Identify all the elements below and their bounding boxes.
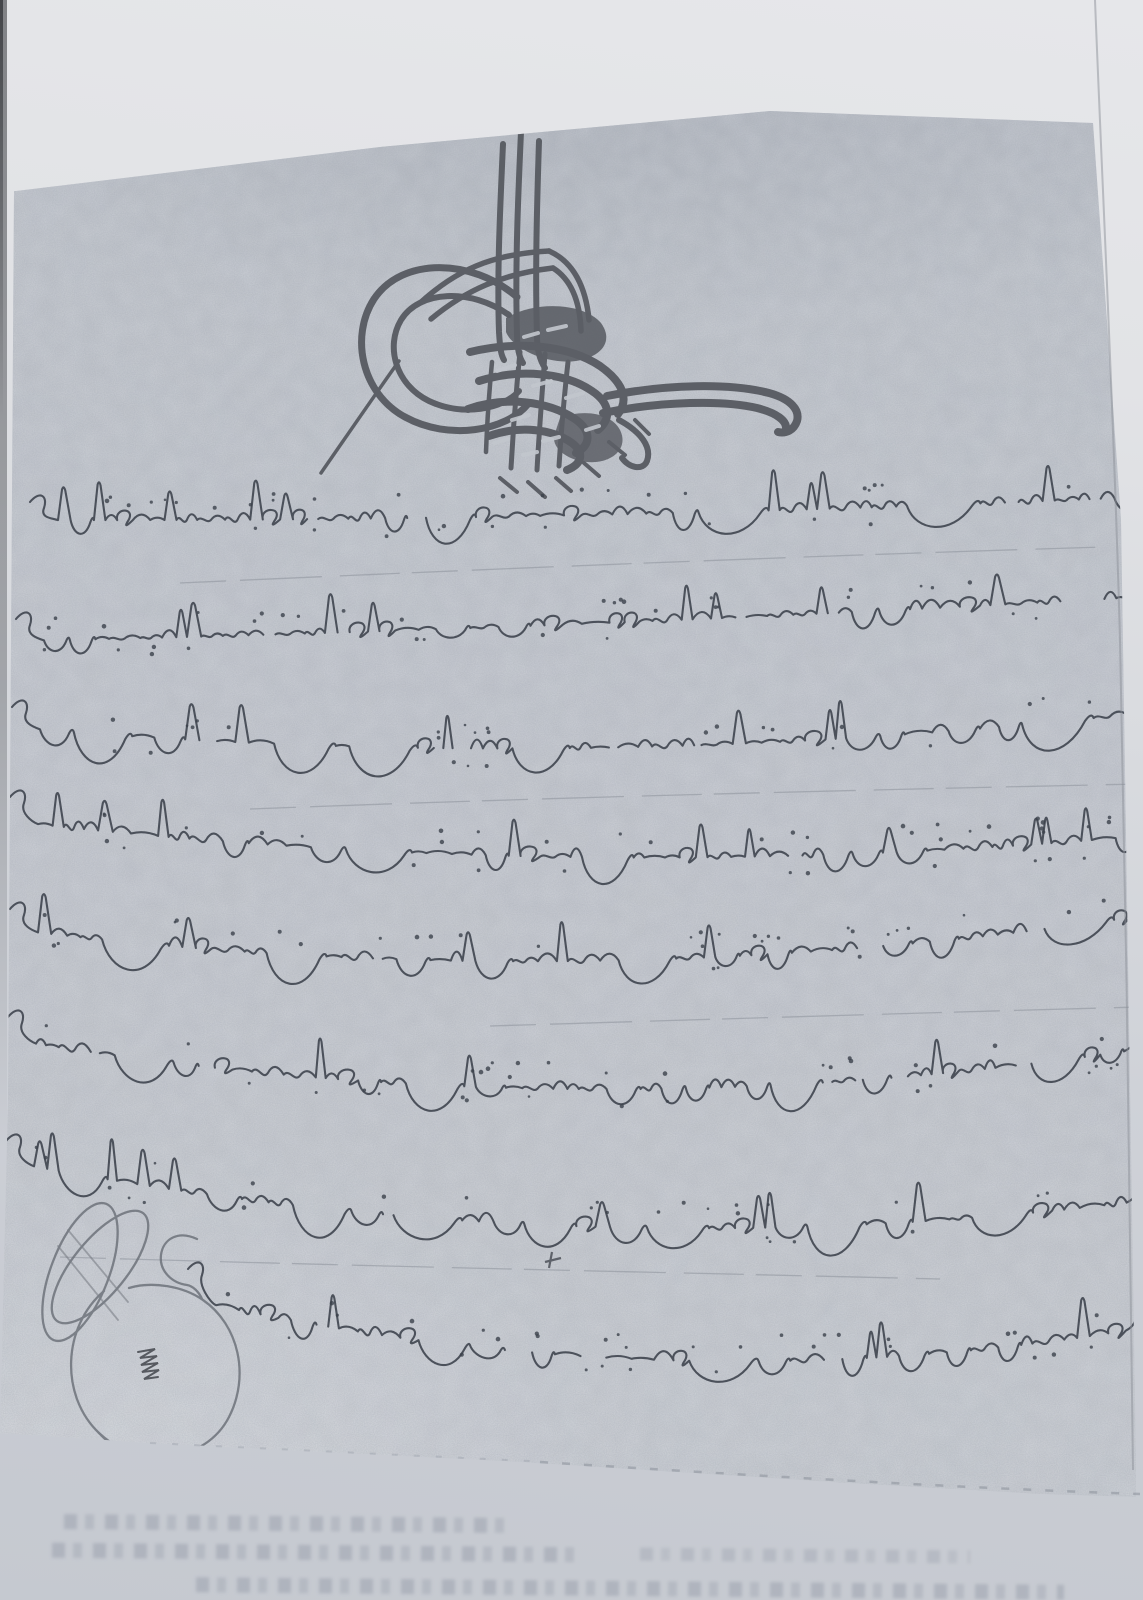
diacritic-dot: [496, 1337, 501, 1342]
diacritic-dot: [622, 599, 627, 604]
diacritic-dot: [1040, 826, 1044, 830]
diacritic-dot: [851, 929, 855, 933]
diacritic-dot: [297, 615, 300, 618]
diacritic-dot: [415, 637, 419, 641]
diacritic-dot: [299, 942, 303, 946]
diacritic-dot: [873, 483, 877, 487]
diacritic-dot: [585, 1368, 588, 1371]
diacritic-dot: [895, 1201, 898, 1204]
diacritic-dot: [939, 837, 943, 841]
diacritic-dot: [869, 522, 873, 526]
document-scan-area: [0, 0, 1143, 1600]
diacritic-dot: [272, 492, 276, 496]
diacritic-dot: [479, 1070, 484, 1075]
diacritic-dot: [771, 728, 775, 732]
diacritic-dot: [528, 1095, 531, 1098]
diacritic-dot: [43, 648, 46, 651]
diacritic-dot: [968, 580, 972, 584]
diacritic-dot: [715, 1370, 718, 1373]
diacritic-dot: [103, 813, 107, 817]
diacritic-dot: [929, 744, 932, 747]
diacritic-dot: [1033, 1356, 1037, 1360]
diacritic-dot: [1090, 1346, 1093, 1349]
diacritic-dot: [175, 918, 179, 922]
diacritic-dot: [278, 930, 282, 934]
bleedthrough-text-row: [640, 1548, 970, 1564]
diacritic-dot: [601, 1365, 604, 1368]
diacritic-dot: [911, 1230, 915, 1234]
diacritic-dot: [128, 1197, 131, 1200]
diacritic-dot: [823, 1333, 827, 1337]
diacritic-dot: [1013, 1331, 1017, 1335]
diacritic-dot: [105, 499, 110, 504]
diacritic-dot: [452, 760, 456, 764]
diacritic-dot: [710, 596, 713, 599]
diacritic-dot: [868, 489, 871, 492]
diacritic-dot: [508, 1075, 512, 1079]
diacritic-dot: [1034, 859, 1037, 862]
diacritic-dot: [541, 494, 545, 498]
diacritic-dot: [547, 1061, 551, 1065]
handwriting-line-3: [12, 697, 1140, 776]
tughra-pen-flourish: [321, 361, 399, 473]
diacritic-dot: [465, 1196, 469, 1200]
diacritic-dot: [847, 596, 850, 599]
diacritic-dot: [666, 1100, 669, 1103]
diacritic-dot: [467, 765, 470, 768]
diacritic-dot: [1048, 857, 1052, 861]
diacritic-dot: [1102, 899, 1106, 903]
diacritic-dot: [191, 725, 195, 729]
pencil-scribble-seal: [27, 1193, 240, 1483]
diacritic-dot: [620, 1104, 624, 1108]
diacritic-dot: [657, 1210, 661, 1214]
diacritic-dot: [1067, 485, 1071, 489]
fold-crease-lines: [60, 547, 1140, 1279]
diacritic-dot: [44, 1156, 48, 1160]
document-artwork-layer: [0, 0, 1143, 1600]
diacritic-dot: [1028, 702, 1032, 706]
diacritic-dot: [342, 609, 346, 613]
diacritic-dot: [143, 1201, 146, 1204]
diacritic-dot: [415, 935, 420, 940]
diacritic-dot: [149, 751, 153, 755]
diacritic-dot: [987, 824, 992, 829]
diacritic-dot: [887, 933, 890, 936]
handwriting-line-7: [6, 1133, 1140, 1255]
diacritic-dot: [822, 1064, 825, 1067]
handwriting-line-8: [188, 1262, 1136, 1381]
diacritic-dot: [471, 1069, 475, 1073]
diacritic-dot: [52, 943, 56, 947]
diacritic-dot: [1067, 910, 1071, 914]
diacritic-dot: [537, 945, 540, 948]
diacritic-dot: [535, 1332, 539, 1336]
diacritic-dot: [313, 528, 316, 531]
diacritic-dot: [848, 1056, 852, 1060]
diacritic-dot: [249, 503, 252, 506]
diacritic-dot: [281, 613, 285, 617]
diacritic-dot: [1042, 697, 1045, 700]
diacritic-dot: [477, 830, 480, 833]
diacritic-dot: [714, 605, 718, 609]
diacritic-dot: [753, 934, 757, 938]
diacritic-dot: [812, 1345, 816, 1349]
handwritten-text-block: [6, 466, 1143, 1382]
diacritic-dot: [813, 518, 816, 521]
diacritic-dot: [704, 730, 708, 734]
tughra-body: [468, 306, 649, 497]
diacritic-dot: [663, 1071, 668, 1076]
diacritic-dot: [410, 1319, 415, 1324]
diacritic-dot: [464, 724, 467, 727]
paper-noise-texture: [0, 0, 1143, 1600]
diacritic-dot: [248, 1082, 251, 1085]
diacritic-dot: [920, 585, 923, 588]
diacritic-dot: [690, 936, 693, 939]
diacritic-dot: [486, 727, 490, 731]
diacritic-dot: [907, 927, 910, 930]
diacritic-dot: [963, 914, 966, 917]
diacritic-dot: [647, 493, 651, 497]
diacritic-dot: [491, 1061, 494, 1064]
diacritic-dot: [916, 1089, 920, 1093]
diacritic-dot: [545, 840, 549, 844]
diacritic-dot: [1041, 820, 1046, 825]
diacritic-dot: [707, 1207, 710, 1210]
diacritic-dot: [117, 648, 120, 651]
diacritic-dot: [226, 1292, 230, 1296]
diacritic-dot: [789, 871, 792, 874]
diacritic-dot: [849, 1059, 854, 1064]
diacritic-dot: [465, 1098, 469, 1102]
diacritic-dot: [806, 871, 810, 875]
diacritic-dot: [439, 829, 444, 834]
diacritic-dot: [717, 606, 720, 609]
tughra-shafts: [498, 132, 545, 368]
diacritic-dot: [544, 526, 547, 529]
diacritic-dot: [605, 1072, 608, 1075]
diacritic-dot: [429, 934, 433, 938]
diacritic-dot: [442, 524, 446, 528]
diacritic-dot: [563, 869, 567, 873]
diacritic-dot: [186, 725, 189, 728]
diacritic-dot: [385, 534, 389, 538]
diacritic-dot: [766, 1236, 769, 1239]
diacritic-dot: [881, 484, 884, 487]
diacritic-dot: [767, 935, 770, 938]
bleedthrough-text-row: [64, 1514, 504, 1533]
diacritic-dot: [150, 501, 153, 504]
diacritic-dot: [45, 1024, 48, 1027]
diacritic-dot: [735, 1203, 739, 1207]
diacritic-dot: [708, 522, 711, 525]
diacritic-dot: [596, 1201, 599, 1204]
diacritic-dot: [767, 1203, 770, 1206]
diacritic-dot: [313, 497, 317, 501]
diacritic-dot: [363, 1089, 366, 1092]
diacritic-dot: [1006, 1332, 1011, 1337]
diacritic-dot: [847, 927, 850, 930]
diacritic-dot: [485, 764, 489, 768]
diacritic-dot: [910, 831, 914, 835]
diacritic-dot: [482, 1329, 485, 1332]
diacritic-dot: [474, 731, 477, 734]
diacritic-dot: [1083, 857, 1086, 860]
diacritic-dot: [933, 864, 937, 868]
diacritic-dot: [606, 637, 609, 640]
diacritic-dot: [602, 599, 606, 603]
diacritic-dot: [1110, 1067, 1113, 1070]
diacritic-dot: [896, 929, 899, 932]
diacritic-dot: [412, 863, 416, 867]
diacritic-dot: [213, 506, 217, 510]
diacritic-dot: [1036, 817, 1040, 821]
diacritic-dot: [154, 1162, 157, 1165]
diacritic-dot: [105, 839, 109, 843]
diacritic-dot: [378, 1092, 381, 1095]
diacritic-dot: [793, 1240, 796, 1243]
scanned-page-photo: [0, 0, 1143, 1600]
diacritic-dot: [164, 499, 167, 502]
diacritic-dot: [717, 966, 720, 969]
diacritic-dot: [1087, 825, 1090, 828]
diacritic-dot: [501, 494, 506, 499]
diacritic-dot: [736, 1211, 740, 1215]
diacritic-dot: [863, 486, 867, 490]
diacritic-dot: [486, 1066, 491, 1071]
diacritic-dot: [1095, 1065, 1098, 1068]
diacritic-dot: [1012, 612, 1015, 615]
tughra-paper-gaps: [494, 326, 599, 455]
diacritic-dot: [57, 942, 60, 945]
diacritic-dot: [43, 913, 47, 917]
diacritic-dot: [260, 831, 264, 835]
diacritic-dot: [692, 1345, 695, 1348]
diacritic-dot: [762, 726, 765, 729]
diacritic-dot: [739, 1345, 743, 1349]
diacritic-dot: [197, 611, 200, 614]
diacritic-dot: [617, 1333, 620, 1336]
diacritic-dot: [35, 1146, 38, 1149]
diacritic-dot: [516, 1061, 520, 1065]
diacritic-dot: [152, 645, 156, 649]
diacritic-dot: [423, 638, 426, 641]
diacritic-dot: [1107, 820, 1111, 824]
diacritic-dot: [791, 830, 795, 834]
diacritic-dot: [780, 1333, 784, 1337]
diacritic-dot: [272, 499, 275, 502]
diacritic-dot: [185, 826, 188, 829]
diacritic-dot: [382, 1195, 386, 1199]
handwriting-line-1: [30, 466, 1143, 544]
diacritic-dot: [769, 1240, 772, 1243]
diacritic-dot: [187, 1042, 190, 1045]
diacritic-dot: [260, 611, 264, 615]
diacritic-dot: [123, 847, 126, 850]
handwriting-line-6: [8, 1010, 1138, 1111]
diacritic-dot: [760, 837, 764, 841]
tughra-arms: [603, 386, 798, 432]
diacritic-dot: [437, 736, 441, 740]
diacritic-dot: [701, 944, 705, 948]
diacritic-dot: [858, 955, 862, 959]
diacritic-dot: [613, 601, 616, 604]
diacritic-dot: [54, 616, 58, 620]
handwriting-line-2: [16, 575, 1143, 657]
diacritic-dot: [1088, 700, 1091, 703]
diacritic-dot: [437, 730, 440, 733]
diacritic-dot: [251, 1181, 255, 1185]
diacritic-dot: [242, 1205, 247, 1210]
diacritic-dot: [397, 493, 401, 497]
diacritic-dot: [1121, 483, 1125, 487]
tughra-fringe: [500, 420, 649, 497]
diacritic-dot: [111, 718, 115, 722]
diacritic-dot: [889, 1345, 892, 1348]
diacritic-dot: [254, 527, 257, 530]
diacritic-dot: [487, 730, 491, 734]
diacritic-dot: [459, 933, 463, 937]
seal-center-scribble: [138, 1349, 159, 1379]
handwriting-line-5: [10, 894, 1140, 984]
diacritic-dot: [541, 633, 545, 637]
handwriting-line-4: [10, 790, 1143, 884]
diacritic-dot: [47, 626, 51, 630]
diacritic-dot: [253, 619, 257, 623]
diacritic-dot: [829, 1065, 833, 1069]
diacritic-dot: [712, 967, 716, 971]
diacritic-dot: [231, 931, 235, 935]
diacritic-dot: [619, 832, 622, 835]
diacritic-dot: [1088, 1071, 1091, 1074]
diacritic-dot: [227, 725, 231, 729]
diacritic-dot: [491, 525, 494, 528]
diacritic-dot: [174, 921, 177, 924]
diacritic-dot: [477, 868, 481, 872]
diacritic-dot: [288, 1336, 291, 1339]
diacritic-dot: [460, 1353, 464, 1357]
diacritic-dot: [461, 1095, 465, 1099]
diacritic-dot: [400, 618, 404, 622]
diacritic-dot: [196, 719, 199, 722]
diacritic-dot: [330, 1301, 334, 1305]
diacritic-dot: [1037, 1194, 1040, 1197]
diacritic-dot: [606, 1211, 609, 1214]
tughra-crossings: [420, 251, 589, 331]
diacritic-dot: [887, 1338, 891, 1342]
diacritic-dot: [936, 823, 940, 827]
diacritic-dot: [993, 1044, 998, 1049]
diacritic-dot: [649, 840, 653, 844]
diacritic-dot: [438, 528, 441, 531]
bleedthrough-text-row: [52, 1543, 582, 1563]
diacritic-dot: [699, 930, 703, 934]
diacritic-dot: [1052, 1352, 1056, 1356]
diacritic-dot: [127, 503, 131, 507]
diacritic-dot: [301, 835, 304, 838]
diacritic-dot: [175, 501, 178, 504]
diacritic-dot: [654, 609, 658, 613]
diacritic-dot: [715, 724, 719, 728]
diacritic-dot: [1100, 1037, 1104, 1041]
diacritic-dot: [102, 624, 107, 629]
diacritic-dot: [684, 492, 687, 495]
diacritic-dot: [440, 840, 444, 844]
diacritic-dot: [832, 747, 835, 750]
diacritic-dot: [315, 1091, 318, 1094]
diacritic-dot: [103, 813, 106, 816]
diacritic-dot: [1046, 1192, 1049, 1195]
tughra-monogram: [321, 132, 798, 497]
diacritic-dot: [929, 1084, 933, 1088]
bleedthrough-text-row: [196, 1577, 1064, 1600]
diacritic-dot: [379, 937, 382, 940]
diacritic-dot: [777, 936, 781, 940]
diacritic-dot: [1108, 816, 1112, 820]
diacritic-dot: [1095, 1313, 1099, 1317]
diacritic-dot: [590, 1206, 593, 1209]
diacritic-dot: [931, 586, 934, 589]
diacritic-dot: [336, 1314, 339, 1317]
diacritic-dot: [187, 647, 191, 651]
diacritic-dot: [150, 652, 154, 656]
tughra-loops: [362, 268, 528, 431]
diacritic-dot: [619, 598, 623, 602]
diacritic-dot: [108, 1186, 112, 1190]
diacritic-dot: [536, 1334, 540, 1338]
diacritic-dot: [1035, 617, 1038, 620]
small-cross-mark: [545, 1252, 561, 1268]
diacritic-dot: [109, 496, 112, 499]
diacritic-dot: [761, 940, 764, 943]
diacritic-dot: [840, 725, 844, 729]
diacritic-dot: [629, 1368, 632, 1371]
diacritic-dot: [914, 1063, 918, 1067]
diacritic-dot: [113, 749, 117, 753]
diacritic-dot: [849, 588, 853, 592]
diacritic-dot: [607, 489, 610, 492]
diacritic-dot: [1116, 1063, 1119, 1066]
page-left-edge-dark-line: [0, 0, 3, 420]
diacritic-dot: [806, 836, 809, 839]
diacritic-dot: [604, 1338, 608, 1342]
diacritic-dot: [1042, 830, 1046, 834]
diacritic-dot: [901, 824, 906, 829]
diacritic-dot: [718, 933, 721, 936]
diacritic-dot: [580, 488, 584, 492]
diacritic-dot: [682, 1201, 686, 1205]
diacritic-dot: [837, 1333, 841, 1337]
diacritic-dot: [625, 1346, 628, 1349]
diacritic-dot: [969, 830, 972, 833]
